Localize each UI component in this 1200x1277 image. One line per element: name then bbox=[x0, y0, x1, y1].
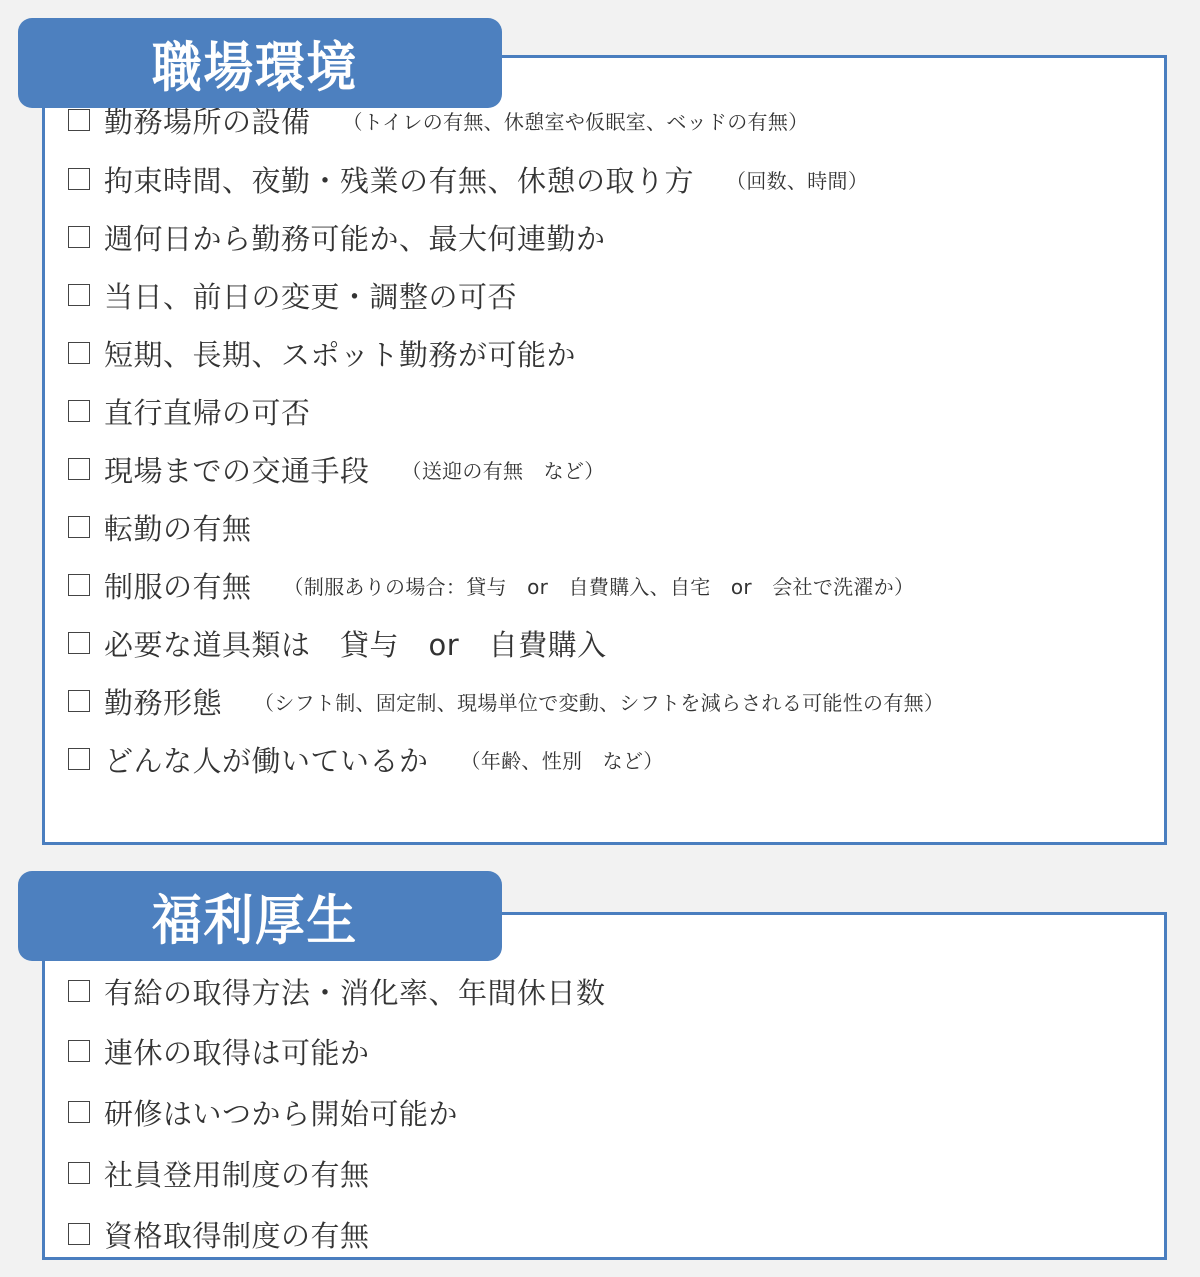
checklist-item[interactable]: 現場までの交通手段 （送迎の有無 など） bbox=[68, 449, 605, 489]
item-label: 研修はいつから開始可能か bbox=[104, 1092, 458, 1133]
item-label: どんな人が働いているか bbox=[104, 739, 429, 780]
section-header-tab: 福利厚生 bbox=[18, 871, 502, 961]
checkbox-icon[interactable] bbox=[68, 516, 90, 538]
checkbox-icon[interactable] bbox=[68, 574, 90, 596]
checkbox-icon[interactable] bbox=[68, 458, 90, 480]
item-label: 制服の有無 bbox=[104, 565, 252, 606]
item-label: 資格取得制度の有無 bbox=[104, 1214, 370, 1255]
checklist-item[interactable]: 週何日から勤務可能か、最大何連勤か bbox=[68, 217, 606, 257]
checklist-item[interactable]: 資格取得制度の有無 bbox=[68, 1214, 370, 1254]
checkbox-icon[interactable] bbox=[68, 1101, 90, 1123]
checklist-item[interactable]: 短期、長期、スポット勤務が可能か bbox=[68, 333, 576, 373]
checkbox-icon[interactable] bbox=[68, 226, 90, 248]
item-label: 連休の取得は可能か bbox=[104, 1031, 370, 1072]
checkbox-icon[interactable] bbox=[68, 342, 90, 364]
welfare-checklist-box bbox=[42, 912, 1167, 1260]
item-label: 有給の取得方法・消化率、年間休日数 bbox=[104, 971, 606, 1012]
checklist-item[interactable]: 勤務形態 （シフト制、固定制、現場単位で変動、シフトを減らされる可能性の有無） bbox=[68, 681, 944, 721]
checkbox-icon[interactable] bbox=[68, 284, 90, 306]
checklist-item[interactable]: 転勤の有無 bbox=[68, 507, 252, 547]
checklist-item[interactable]: 必要な道具類は 貸与 or 自費購入 bbox=[68, 623, 607, 663]
item-label: 転勤の有無 bbox=[104, 507, 252, 548]
checklist-item[interactable]: 拘束時間、夜勤・残業の有無、休憩の取り方 （回数、時間） bbox=[68, 159, 868, 199]
checkbox-icon[interactable] bbox=[68, 1223, 90, 1245]
checkbox-icon[interactable] bbox=[68, 400, 90, 422]
item-label: 拘束時間、夜勤・残業の有無、休憩の取り方 bbox=[104, 159, 694, 200]
section-header-tab: 職場環境 bbox=[18, 18, 502, 108]
checklist-item[interactable]: 連休の取得は可能か bbox=[68, 1031, 370, 1071]
checkbox-icon[interactable] bbox=[68, 1040, 90, 1062]
checklist-item[interactable]: 研修はいつから開始可能か bbox=[68, 1092, 458, 1132]
item-label: 当日、前日の変更・調整の可否 bbox=[104, 275, 517, 316]
item-label: 週何日から勤務可能か、最大何連勤か bbox=[104, 217, 606, 258]
item-note: （トイレの有無、休憩室や仮眠室、ベッドの有無） bbox=[343, 106, 809, 135]
item-note: （回数、時間） bbox=[726, 165, 868, 194]
item-label: 現場までの交通手段 bbox=[104, 449, 370, 490]
item-label: 社員登用制度の有無 bbox=[104, 1153, 370, 1194]
checkbox-icon[interactable] bbox=[68, 109, 90, 131]
checkbox-icon[interactable] bbox=[68, 1162, 90, 1184]
checkbox-icon[interactable] bbox=[68, 748, 90, 770]
checklist-item[interactable]: 社員登用制度の有無 bbox=[68, 1153, 370, 1193]
item-label: 短期、長期、スポット勤務が可能か bbox=[104, 333, 576, 374]
section-title: 福利厚生 bbox=[152, 878, 358, 955]
checklist-item[interactable]: 当日、前日の変更・調整の可否 bbox=[68, 275, 517, 315]
checkbox-icon[interactable] bbox=[68, 980, 90, 1002]
section-title: 職場環境 bbox=[152, 25, 358, 102]
item-note: （送迎の有無 など） bbox=[402, 455, 605, 484]
item-label: 勤務形態 bbox=[104, 681, 222, 722]
checklist-item[interactable]: 制服の有無 （制服ありの場合：貸与 or 自費購入、自宅 or 会社で洗濯か） bbox=[68, 565, 914, 605]
item-note: （年齢、性別 など） bbox=[461, 745, 664, 774]
checkbox-icon[interactable] bbox=[68, 632, 90, 654]
item-label: 直行直帰の可否 bbox=[104, 391, 311, 432]
checklist-item[interactable]: どんな人が働いているか （年齢、性別 など） bbox=[68, 739, 664, 779]
checklist-item[interactable]: 有給の取得方法・消化率、年間休日数 bbox=[68, 971, 606, 1011]
item-note: （制服ありの場合：貸与 or 自費購入、自宅 or 会社で洗濯か） bbox=[284, 571, 915, 600]
checkbox-icon[interactable] bbox=[68, 690, 90, 712]
item-label: 必要な道具類は 貸与 or 自費購入 bbox=[104, 623, 607, 664]
checkbox-icon[interactable] bbox=[68, 168, 90, 190]
checklist-item[interactable]: 直行直帰の可否 bbox=[68, 391, 311, 431]
item-note: （シフト制、固定制、現場単位で変動、シフトを減らされる可能性の有無） bbox=[254, 687, 944, 716]
